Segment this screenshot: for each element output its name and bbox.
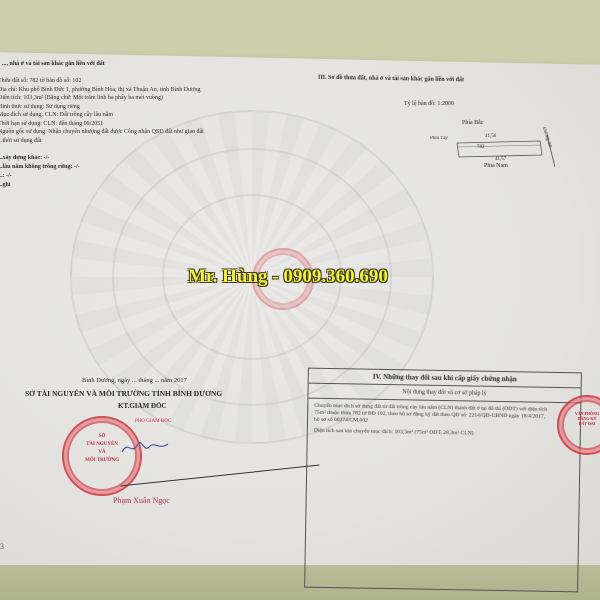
signature [120,438,180,458]
changes-content: Chuyển mục đích sử dụng đất từ đất trồng… [308,399,555,432]
contact-watermark: Mr. Hùng - 0909.360.690 [188,266,388,288]
parcel-info-line: Địa chỉ: Khu phố Bình Đức 1, phường Bình… [0,87,200,93]
parcel-info-line: Thời hạn sử dụng: CLN: đến tháng 09/2051 [0,121,103,127]
left-section-header: ..., nhà ở và tài sản khác gắn liền với … [2,61,105,67]
changes-section: IV. Những thay đổi sau khi cấp giấy chứn… [304,368,582,593]
parcel-info-line: Hình thức sử dụng: Sử dụng riêng [0,104,80,110]
parcel-extra-line: ...xây dựng khác: -/- [0,155,49,161]
parcel-info-line: Nguồn gốc sử dụng: Nhận chuyển nhượng đấ… [0,129,204,135]
parcel-info-line: Thửa đất số: 782 tờ bản đồ số: 102 [0,78,81,84]
parcel-extra-line: ...: -/- [0,173,12,179]
diagram-north-label: Phía Bắc [462,120,484,126]
diagram-scale: Tỷ lệ bản đồ: 1:2000 [404,101,454,107]
deputy-title: PHÓ GIÁM ĐỐC [135,419,171,424]
parcel-info-line: ...thời sử dụng đất [0,138,41,144]
diagram-south-label: Phía Nam [484,163,508,169]
parcel-extra-line: ...lâu năm không trồng rừng: -/- [0,164,80,170]
issuing-agency: SỞ TÀI NGUYÊN VÀ MÔI TRƯỜNG TỈNH BÌNH DƯ… [25,389,222,398]
parcel-diagram: 41,56 782 41,57 [455,133,545,163]
place-date: Bình Dương, ngày ... tháng ... năm 2017 [82,377,187,384]
parcel-info-line: Diện tích: 103,3m² (Bằng chữ: Một trăm l… [0,95,163,101]
page-mark: 3 [0,542,4,551]
parcel-number: 782 [477,145,485,150]
diagram-west-label: Phía Tây [430,136,448,141]
parcel-extra-line: ...ghi [0,182,11,188]
parcel-info-line: Mục đích sử dụng: CLN: Đất trồng cây lâu… [0,112,113,118]
signer-name: Phạm Xuân Ngọc [113,496,170,505]
signatory-title: KT.GIÁM ĐỐC [118,402,166,410]
